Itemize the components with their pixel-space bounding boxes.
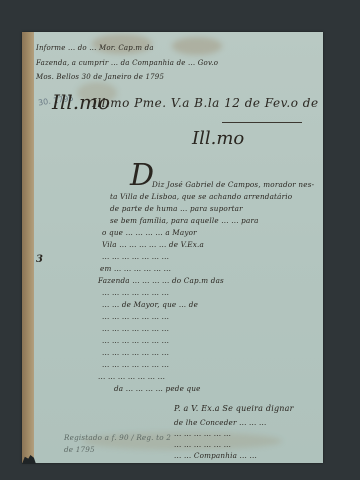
- closing-line: ... ... ... ... ... ...: [174, 429, 231, 438]
- second-monogram: Ill.mo: [192, 128, 244, 149]
- manuscript-page: Informe ... do ... Mor. Cap.m da Fazenda…: [22, 32, 323, 463]
- body-line: ... ... ... ... ... ... ...: [102, 336, 169, 345]
- body-line: ta Villa de Lisboa, que se achando arren…: [110, 192, 292, 201]
- margin-registry-note: Registado a f. 90 / Reg. to 2 de 1795: [64, 432, 174, 456]
- ink-stain: [172, 37, 222, 55]
- closing-line: de lhe Conceder ... ... ...: [174, 418, 266, 427]
- body-line: de parte de huma ... para suportar: [110, 204, 243, 213]
- body-line: Fazenda ... ... ... ... do Cap.m das: [98, 276, 224, 285]
- header-line: Informe ... do ... Mor. Cap.m da: [36, 44, 154, 52]
- dateline: Ill.mo Pme. V.a B.la 12 de Fev.o de 1795: [92, 96, 323, 110]
- body-line: ... ... ... ... ... ... ...: [102, 288, 169, 297]
- dateline-underline: [222, 122, 302, 123]
- body-line: o que ... ... ... ... a Mayor: [102, 228, 197, 237]
- body-line: em ... ... ... ... ... ...: [100, 264, 171, 273]
- left-margin-mark: 3: [36, 254, 43, 265]
- body-line: se bem família, para aquelle ... ... par…: [110, 216, 259, 225]
- opening-initial: D: [130, 158, 154, 193]
- closing-line: ... ... Companhia ... ...: [174, 451, 257, 460]
- body-line: ... ... ... ... ... ... ...: [102, 348, 169, 357]
- body-line: Vila ... ... ... ... ... de V.Ex.a: [102, 240, 204, 249]
- header-line: Mos. Bellos 30 de Janeiro de 1795: [36, 73, 164, 81]
- body-line: ... ... de Mayor, que ... de: [102, 300, 198, 309]
- body-line: ... ... ... ... ... ... ...: [102, 312, 169, 321]
- body-line: ... ... ... ... ... ... ...: [98, 372, 165, 381]
- closing-line: ... ... ... ... ... ...: [174, 440, 231, 449]
- body-line: da ... ... ... ... pede que: [114, 384, 201, 393]
- closing-line: P. a V. Ex.a Se queira dignar: [174, 404, 294, 413]
- header-line: Fazenda, a cumprir ... da Companhia de .…: [36, 59, 218, 67]
- body-line: ... ... ... ... ... ... ...: [102, 360, 169, 369]
- body-line: ... ... ... ... ... ... ...: [102, 252, 169, 261]
- paper-edge-stain: [22, 32, 34, 463]
- body-line: Diz José Gabriel de Campos, morador nes-: [152, 180, 314, 189]
- body-line: ... ... ... ... ... ... ...: [102, 324, 169, 333]
